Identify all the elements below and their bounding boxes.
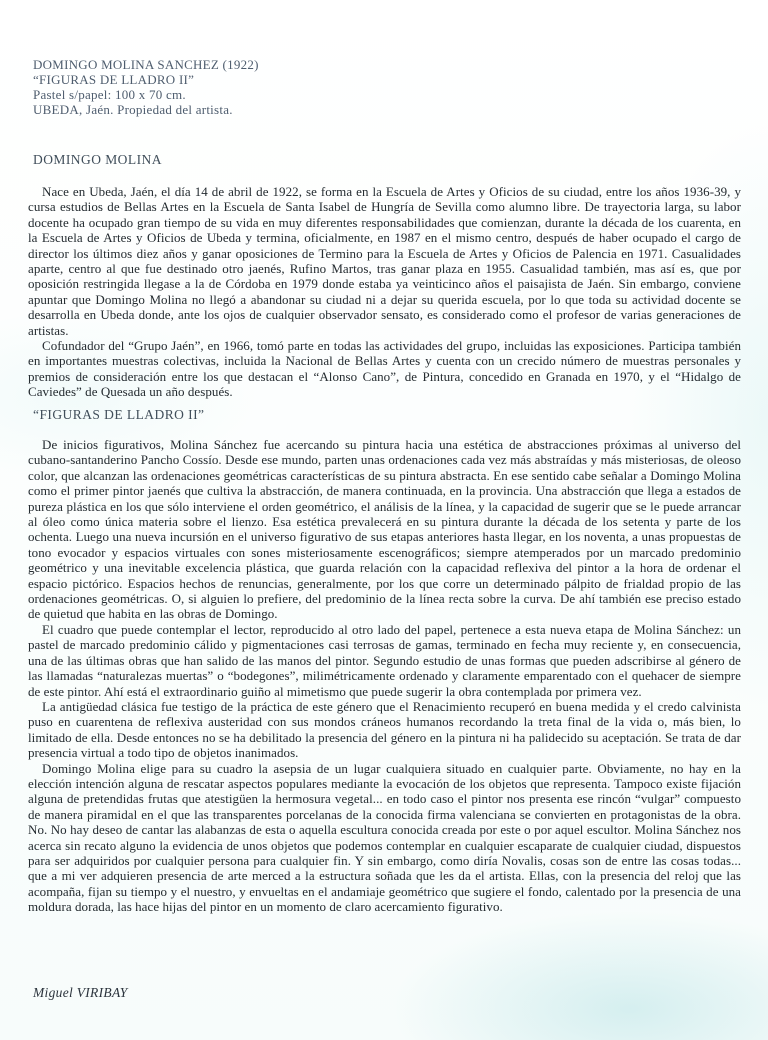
document-page: DOMINGO MOLINA SANCHEZ (1922) “FIGURAS D… (0, 0, 768, 1040)
bio-section-heading: DOMINGO MOLINA (33, 152, 162, 168)
caption-artist-name: DOMINGO MOLINA SANCHEZ (1922) (33, 57, 259, 72)
caption-technique: Pastel s/papel: 100 x 70 cm. (33, 87, 259, 102)
artwork-paragraph-1: De inicios figurativos, Molina Sánchez f… (28, 437, 741, 622)
artwork-section-heading: “FIGURAS DE LLADRO II” (33, 407, 205, 423)
artwork-paragraph-3: La antigüedad clásica fue testigo de la … (28, 699, 741, 761)
artwork-paragraph-4: Domingo Molina elige para su cuadro la a… (28, 761, 741, 915)
artwork-paragraph-2: El cuadro que puede contemplar el lector… (28, 622, 741, 699)
author-signature: Miguel VIRIBAY (33, 985, 128, 1001)
bio-section-text: Nace en Ubeda, Jaén, el día 14 de abril … (28, 184, 741, 400)
bio-paragraph-1: Nace en Ubeda, Jaén, el día 14 de abril … (28, 184, 741, 338)
artwork-caption: DOMINGO MOLINA SANCHEZ (1922) “FIGURAS D… (33, 57, 259, 117)
caption-artwork-title: “FIGURAS DE LLADRO II” (33, 72, 259, 87)
caption-provenance: UBEDA, Jaén. Propiedad del artista. (33, 102, 259, 117)
artwork-section-text: De inicios figurativos, Molina Sánchez f… (28, 437, 741, 915)
bio-paragraph-2: Cofundador del “Grupo Jaén”, en 1966, to… (28, 338, 741, 400)
